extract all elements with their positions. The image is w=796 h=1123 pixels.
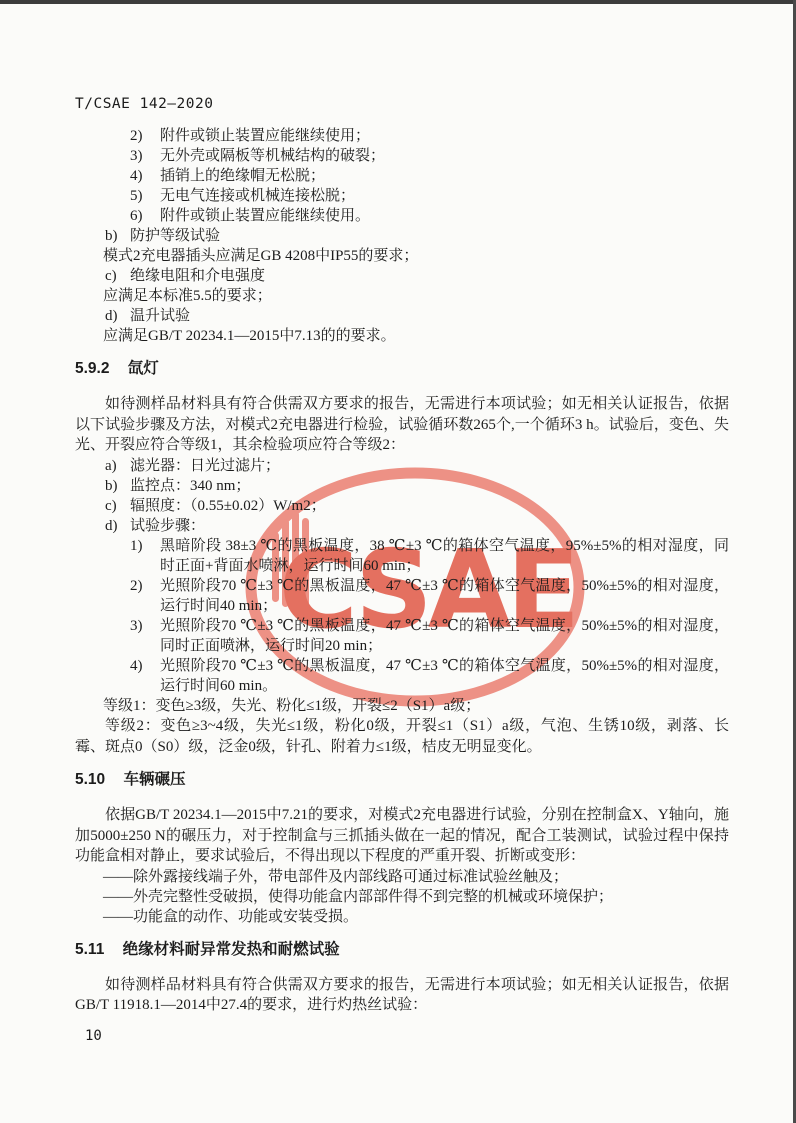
list-item: 4) 插销上的绝缘帽无松脱； (75, 166, 729, 186)
insulation-paragraph: 如待测样品材料具有符合供需双方要求的报告，无需进行本项试验；如无相关认证报告，依… (75, 975, 729, 1016)
dash-item: ——外壳完整性受破损，使得功能盒内部部件得不到完整的机械或环境保护； (75, 887, 729, 907)
list-marker: 1) (130, 536, 160, 556)
section-heading-510: 5.10 车辆碾压 (75, 770, 729, 790)
section-title: 绝缘材料耐异常发热和耐燃试验 (123, 941, 340, 958)
list-marker: 3) (130, 616, 160, 636)
section-intro-paragraph: 如待测样品材料具有符合供需双方要求的报告，无需进行本项试验；如无相关认证报告，依… (75, 394, 729, 456)
list-item: 2) 光照阶段70 ℃±3 ℃的黑板温度，47 ℃±3 ℃的箱体空气温度，50%… (75, 576, 729, 616)
list-item: d) 试验步骤： (75, 516, 729, 536)
list-item: c) 辐照度：（0.55±0.02）W/m2； (75, 496, 729, 516)
document-page: CSAE T/CSAE 142—2020 2) 附件或锁止装置应能继续使用； 3… (0, 0, 796, 1123)
list-text: 附件或锁止装置应能继续使用； (160, 126, 729, 146)
list-text: 插销上的绝缘帽无松脱； (160, 166, 729, 186)
list-marker: d) (105, 516, 130, 536)
list-marker: a) (105, 456, 130, 476)
list-item: 3) 光照阶段70 ℃±3 ℃的黑板温度，47 ℃±3 ℃的箱体空气温度，50%… (75, 616, 729, 656)
list-text: 光照阶段70 ℃±3 ℃的黑板温度，47 ℃±3 ℃的箱体空气温度，50%±5%… (160, 576, 729, 616)
list-marker: b) (105, 476, 130, 496)
list-text: 监控点：340 nm； (130, 476, 729, 496)
list-item: c) 绝缘电阻和介电强度 (75, 266, 729, 286)
body-line: 模式2充电器插头应满足GB 4208中IP55的要求； (75, 246, 729, 266)
list-item: 6) 附件或锁止装置应能继续使用。 (75, 206, 729, 226)
list-item: 3) 无外壳或隔板等机械结构的破裂； (75, 146, 729, 166)
xenon-step-list: 1) 黑暗阶段 38±3 ℃的黑板温度，38 ℃±3 ℃的箱体空气温度，95%±… (75, 536, 729, 696)
list-item: 2) 附件或锁止装置应能继续使用； (75, 126, 729, 146)
list-item: b) 监控点：340 nm； (75, 476, 729, 496)
list-marker: c) (105, 266, 130, 286)
list-item: 5) 无电气连接或机械连接松脱； (75, 186, 729, 206)
list-item: 4) 光照阶段70 ℃±3 ℃的黑板温度，47 ℃±3 ℃的箱体空气温度，50%… (75, 656, 729, 696)
grade1-line: 等级1：变色≥3级，失光、粉化≤1级，开裂≤2（S1）a级； (75, 696, 729, 717)
scan-edge-top (0, 0, 796, 4)
list-text: 黑暗阶段 38±3 ℃的黑板温度，38 ℃±3 ℃的箱体空气温度，95%±5%的… (160, 536, 729, 576)
list-text: 无外壳或隔板等机械结构的破裂； (160, 146, 729, 166)
section-title: 车辆碾压 (123, 771, 185, 788)
section-number: 5.11 (75, 941, 104, 958)
list-item: b) 防护等级试验 (75, 226, 729, 246)
list-marker: 6) (130, 206, 160, 226)
dash-item: ——除外露接线端子外，带电部件及内部线路可通过标准试验丝触及； (75, 867, 729, 887)
list-marker: b) (105, 226, 130, 246)
section-title: 氙灯 (128, 360, 159, 377)
body-line: 应满足GB/T 20234.1—2015中7.13的的要求。 (75, 326, 729, 346)
list-marker: 4) (130, 656, 160, 676)
list-text: 绝缘电阻和介电强度 (130, 266, 729, 286)
list-marker: 5) (130, 186, 160, 206)
list-marker: 2) (130, 126, 160, 146)
body-line: 应满足本标准5.5的要求； (75, 286, 729, 306)
list-text: 光照阶段70 ℃±3 ℃的黑板温度，47 ℃±3 ℃的箱体空气温度，50%±5%… (160, 656, 729, 696)
section-number: 5.9.2 (75, 360, 109, 377)
section-heading-511: 5.11 绝缘材料耐异常发热和耐燃试验 (75, 940, 729, 960)
section-heading-592: 5.9.2 氙灯 (75, 359, 729, 379)
list-marker: 2) (130, 576, 160, 596)
list-marker: d) (105, 306, 130, 326)
mechanical-check-list: 2) 附件或锁止装置应能继续使用； 3) 无外壳或隔板等机械结构的破裂； 4) … (75, 126, 729, 226)
list-item: d) 温升试验 (75, 306, 729, 326)
grade2-paragraph: 等级2：变色≥3~4级，失光≤1级，粉化0级，开裂≤1（S1）a级，气泡、生锈1… (75, 716, 729, 757)
doc-number-header: T/CSAE 142—2020 (75, 94, 729, 114)
xenon-parameter-list: a) 滤光器：日光过滤片； b) 监控点：340 nm； c) 辐照度：（0.5… (75, 456, 729, 536)
dash-item: ——功能盒的动作、功能或安装受损。 (75, 907, 729, 927)
list-marker: 4) (130, 166, 160, 186)
protection-test-block: b) 防护等级试验 模式2充电器插头应满足GB 4208中IP55的要求； c)… (75, 226, 729, 346)
rollover-paragraph: 依据GB/T 20234.1—2015中7.21的要求，对模式2充电器进行试验，… (75, 805, 729, 867)
list-text: 无电气连接或机械连接松脱； (160, 186, 729, 206)
list-text: 辐照度：（0.55±0.02）W/m2； (130, 496, 729, 516)
list-text: 附件或锁止装置应能继续使用。 (160, 206, 729, 226)
list-text: 试验步骤： (130, 516, 729, 536)
rollover-dash-list: ——除外露接线端子外，带电部件及内部线路可通过标准试验丝触及； ——外壳完整性受… (75, 867, 729, 927)
page-number: 10 (85, 1028, 102, 1044)
section-number: 5.10 (75, 771, 105, 788)
list-text: 光照阶段70 ℃±3 ℃的黑板温度，47 ℃±3 ℃的箱体空气温度，50%±5%… (160, 616, 729, 656)
page-content: T/CSAE 142—2020 2) 附件或锁止装置应能继续使用； 3) 无外壳… (75, 94, 729, 1016)
list-text: 温升试验 (130, 306, 729, 326)
list-text: 防护等级试验 (130, 226, 729, 246)
list-item: a) 滤光器：日光过滤片； (75, 456, 729, 476)
list-text: 滤光器：日光过滤片； (130, 456, 729, 476)
list-marker: 3) (130, 146, 160, 166)
list-marker: c) (105, 496, 130, 516)
list-item: 1) 黑暗阶段 38±3 ℃的黑板温度，38 ℃±3 ℃的箱体空气温度，95%±… (75, 536, 729, 576)
